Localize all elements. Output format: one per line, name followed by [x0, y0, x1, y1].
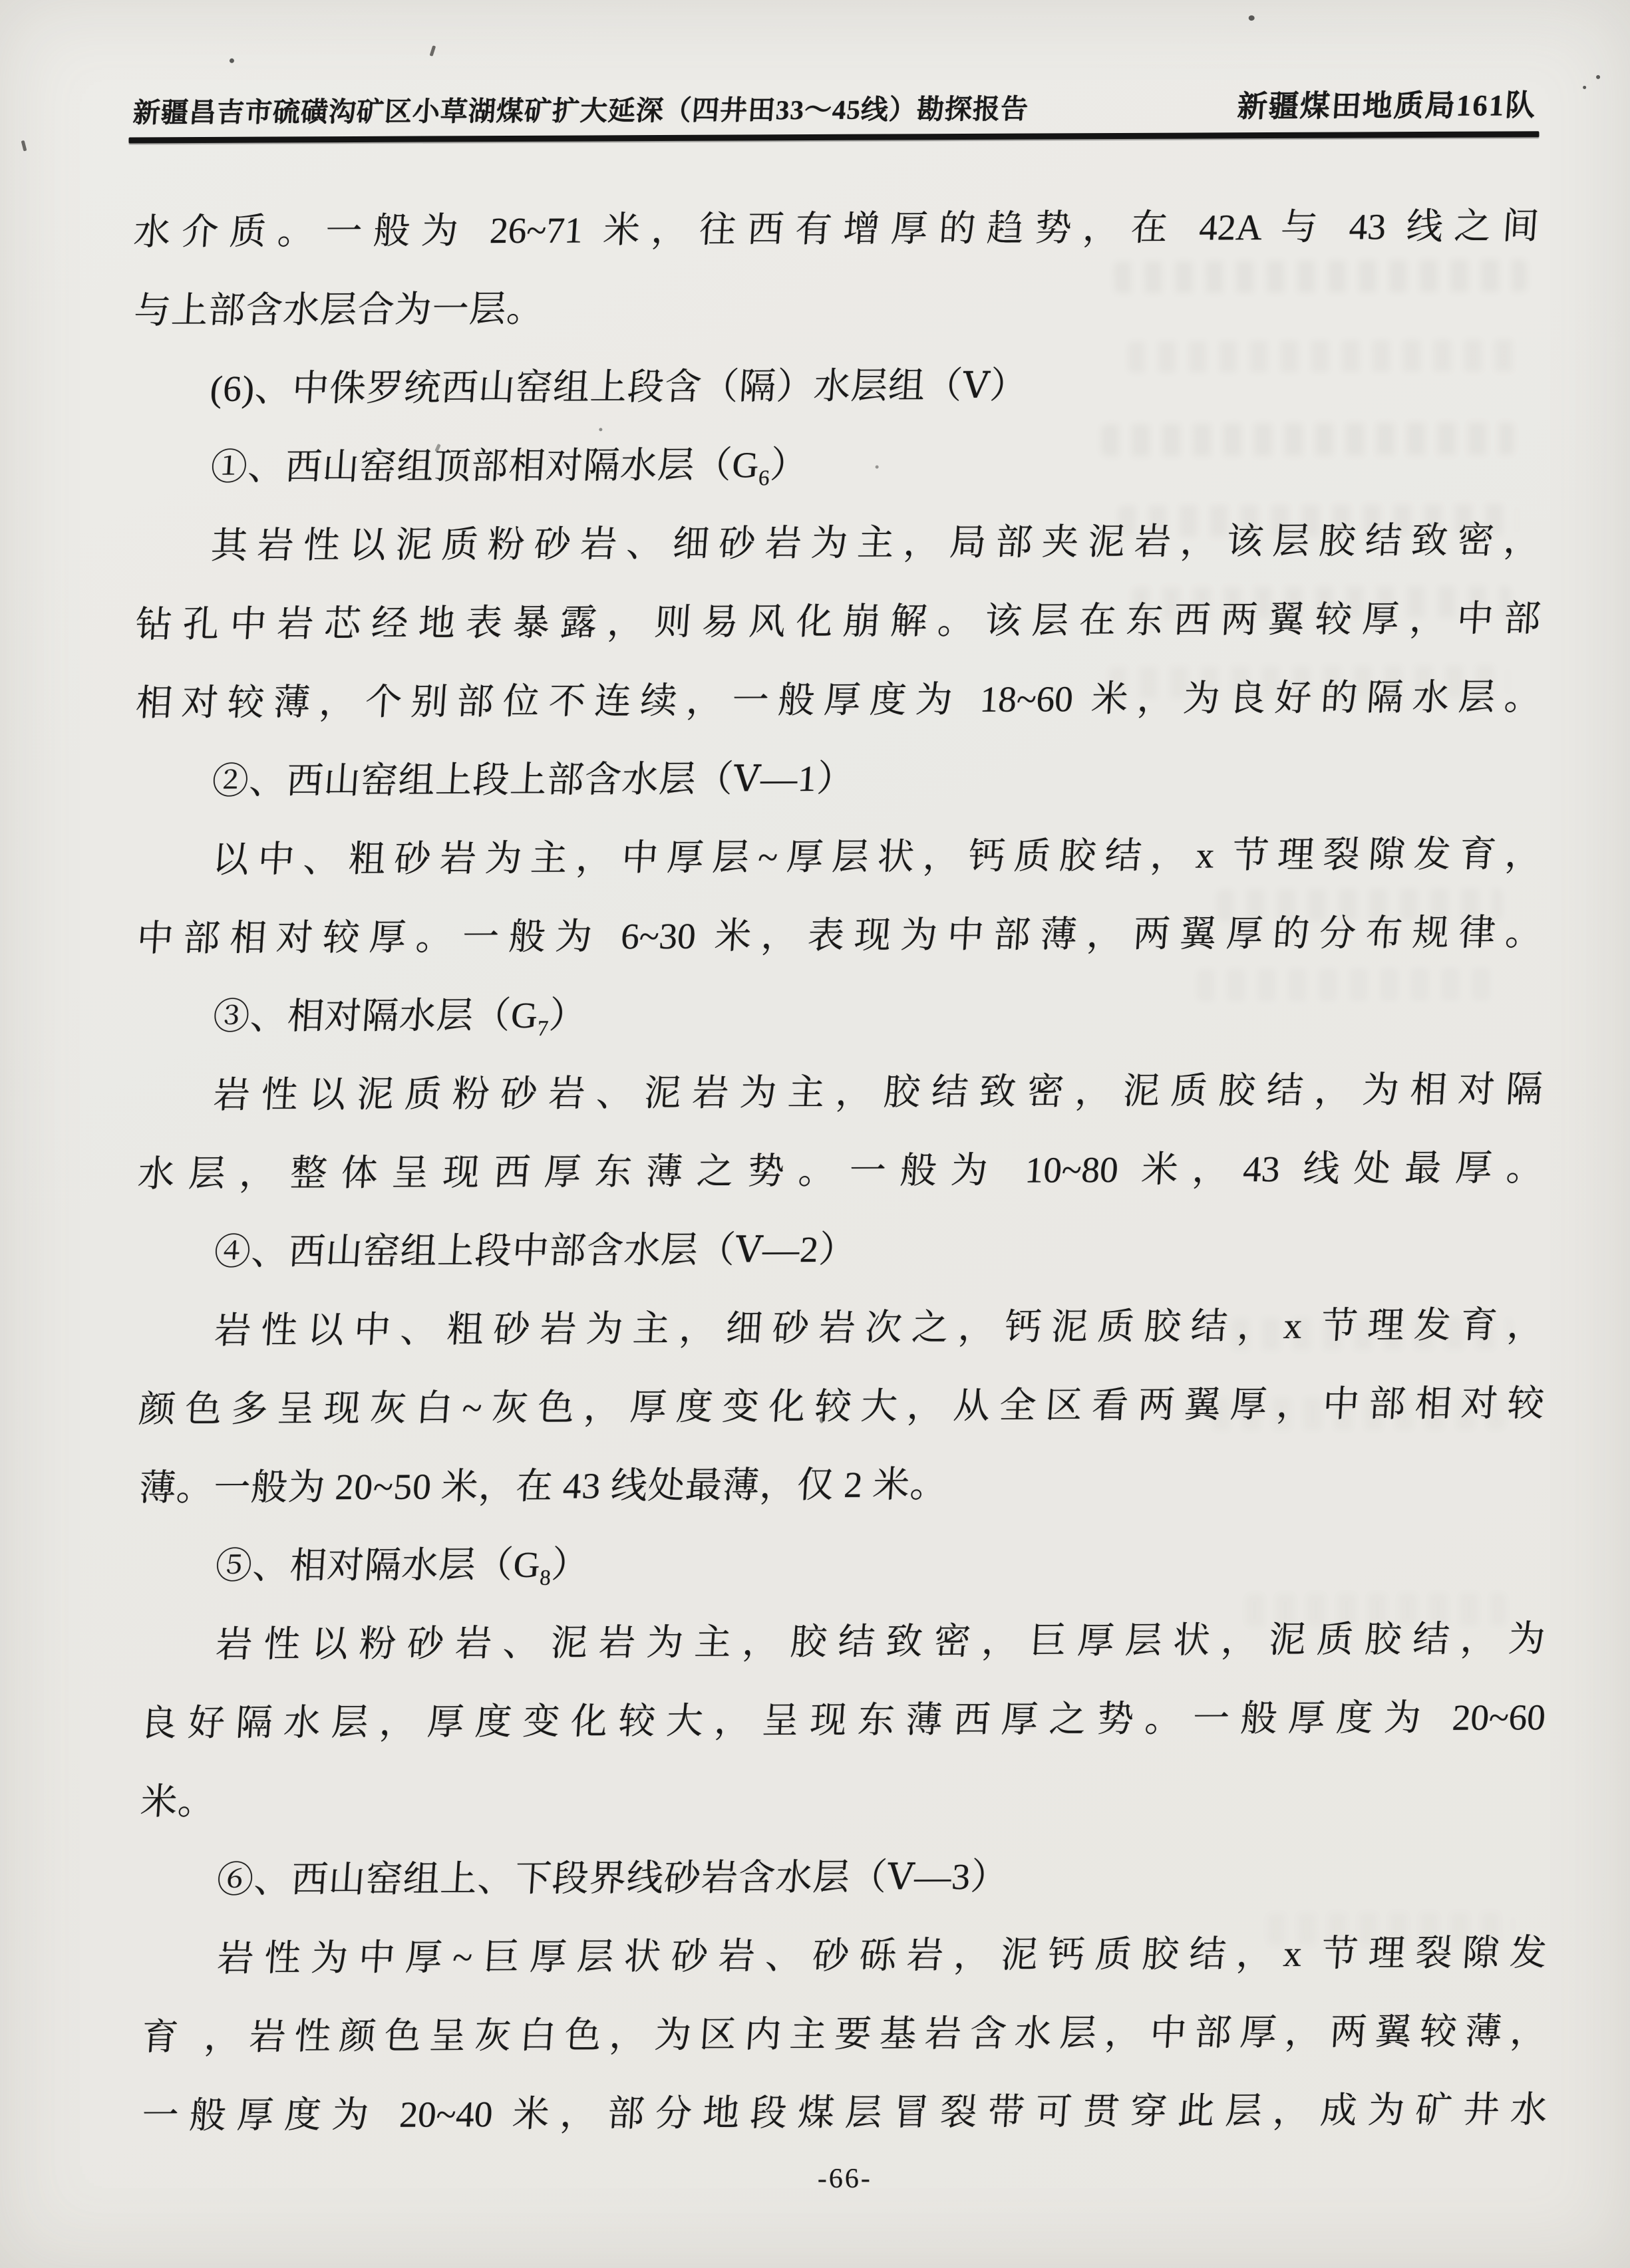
scanned-report-page: 新疆昌吉市硫磺沟矿区小草湖煤矿扩大延深（四井田33～45线）勘探报告 新疆煤田地…: [0, 0, 1630, 2268]
body-line: 岩性以泥质粉砂岩、泥岩为主，胶结致密，泥质胶结，为相对隔: [135, 1050, 1546, 1135]
heading-text: ）: [769, 444, 809, 485]
body-line: 中部相对较厚。一般为 6~30 米，表现为中部薄，两翼厚的分布规律。: [134, 893, 1545, 978]
page-header: 新疆昌吉市硫磺沟矿区小草湖煤矿扩大延深（四井田33～45线）勘探报告 新疆煤田地…: [133, 80, 1537, 130]
header-divider: [128, 131, 1539, 143]
scan-speck: [1596, 75, 1600, 79]
body-line: 薄。一般为 20~50 米，在 43 线处最薄，仅 2 米。: [136, 1443, 1547, 1527]
scan-speck: [820, 1417, 824, 1423]
section-heading: ⑤、相对隔水层（G8）: [137, 1521, 1548, 1606]
scan-speck: [1249, 15, 1255, 21]
header-organization: 新疆煤田地质局161队: [1237, 80, 1539, 125]
section-heading: ①、西山窑组顶部相对隔水层（G6）: [132, 422, 1543, 507]
body-line: 与上部含水层合为一层。: [132, 265, 1542, 350]
scan-speck: [430, 45, 436, 57]
header-report-title: 新疆昌吉市硫磺沟矿区小草湖煤矿扩大延深（四井田33～45线）勘探报告: [132, 87, 1030, 130]
section-heading: (6)、中侏罗统西山窑组上段含（隔）水层组（Ⅴ）: [132, 344, 1542, 428]
body-line: 米。: [138, 1757, 1549, 1841]
heading-text: ③、相对隔水层（G: [212, 995, 540, 1037]
page-number: -66-: [142, 2160, 1548, 2197]
body-line: 其岩性以泥质粉砂岩、细砂岩为主，局部夹泥岩，该层胶结致密，: [132, 501, 1543, 585]
scan-speck: [230, 59, 234, 63]
subscript: 8: [539, 1566, 552, 1590]
heading-text: ）: [550, 1544, 590, 1584]
heading-text: ）: [548, 994, 587, 1035]
section-heading: ③、相对隔水层（G7）: [134, 972, 1545, 1056]
page-content: 新疆昌吉市硫磺沟矿区小草湖煤矿扩大延深（四井田33～45线）勘探报告 新疆煤田地…: [0, 0, 1630, 2268]
body-line: 育 ，岩性颜色呈灰白色，为区内主要基岩含水层，中部厚，两翼较薄，: [139, 1992, 1549, 2076]
body-line: 一般厚度为 20~40 米，部分地段煤层冒裂带可贯穿此层，成为矿井水: [140, 2070, 1550, 2155]
body-line: 岩性为中厚~巨厚层状砂岩、砂砾岩，泥钙质胶结，x 节理裂隙发: [139, 1914, 1549, 1998]
body-line: 相对较薄，个别部位不连续，一般厚度为 18~60 米，为良好的隔水层。: [133, 658, 1544, 742]
section-heading: ④、西山窑组上段中部含水层（Ⅴ—2）: [136, 1207, 1546, 1292]
body-line: 颜色多呈现灰白~灰色，厚度变化较大，从全区看两翼厚，中部相对较: [136, 1364, 1547, 1449]
body-line: 岩性以粉砂岩、泥岩为主，胶结致密，巨厚层状，泥质胶结，为: [137, 1600, 1548, 1684]
heading-text: ⑤、相对隔水层（G: [214, 1544, 542, 1586]
scan-speck: [21, 140, 27, 152]
body-line: 水层，整体呈现西厚东薄之势。一般为 10~80 米，43 线处最厚。: [135, 1129, 1546, 1213]
section-heading: ②、西山窑组上段上部含水层（Ⅴ—1）: [134, 736, 1544, 821]
body-line: 以中、粗砂岩为主，中厚层~厚层状，钙质胶结，x 节理裂隙发育，: [134, 815, 1544, 899]
section-heading: ⑥、西山窑组上、下段界线砂岩含水层（Ⅴ—3）: [138, 1835, 1549, 1919]
body-text-column: 水介质。一般为 26~71 米，往西有增厚的趋势，在 42A 与 43 线之间 …: [134, 187, 1548, 2155]
subscript: 7: [536, 1017, 549, 1041]
heading-text: ①、西山窑组顶部相对隔水层（G: [210, 444, 761, 488]
subscript: 6: [758, 466, 770, 490]
scan-speck: [599, 428, 602, 431]
scan-speck: [876, 466, 879, 469]
body-line: 水介质。一般为 26~71 米，往西有增厚的趋势，在 42A 与 43 线之间: [131, 187, 1542, 271]
body-line: 钻孔中岩芯经地表暴露，则易风化崩解。该层在东西两翼较厚，中部: [133, 579, 1544, 664]
scan-speck: [1583, 86, 1586, 89]
body-line: 良好隔水层，厚度变化较大，呈现东薄西厚之势。一般厚度为 20~60: [138, 1678, 1548, 1763]
body-line: 岩性以中、粗砂岩为主，细砂岩次之，钙泥质胶结，x 节理发育，: [136, 1286, 1546, 1370]
